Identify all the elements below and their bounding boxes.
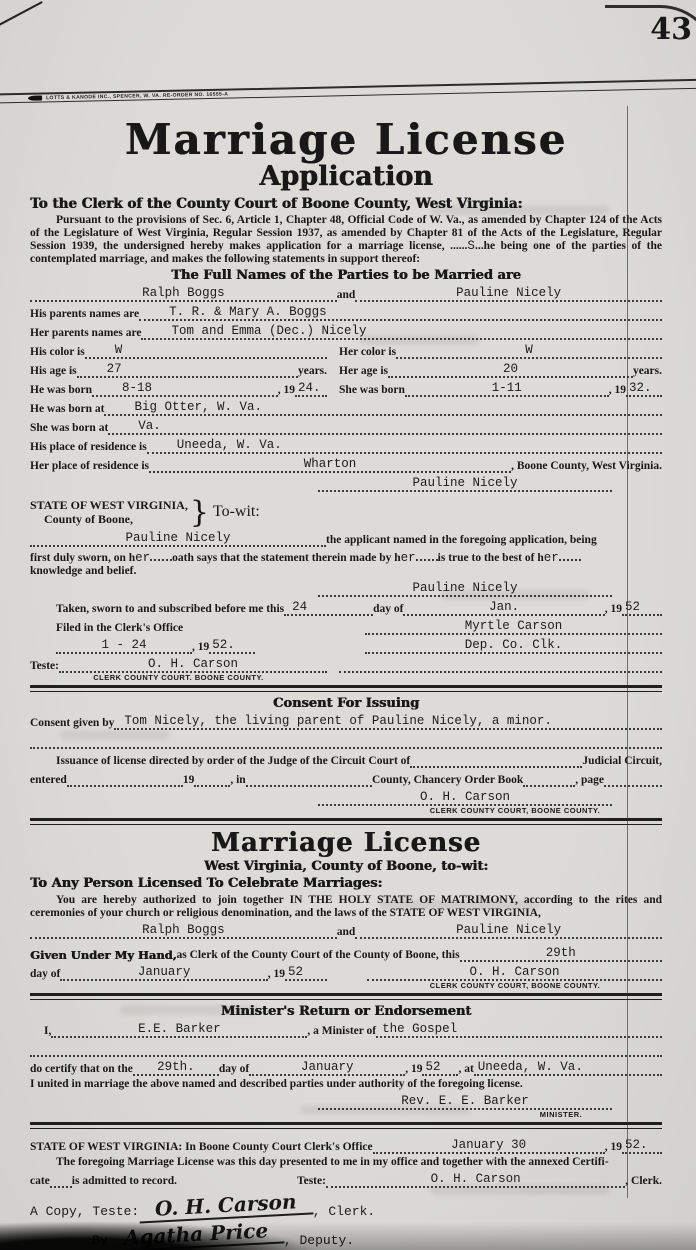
sworn-1: first duly sworn, on h — [30, 552, 135, 564]
blank-field[interactable] — [523, 785, 575, 787]
certify-place-field[interactable]: Uneeda, W. Va. — [474, 1060, 662, 1076]
copy-teste-row: A Copy, Teste: O. H. Carson , Clerk. — [30, 1194, 662, 1219]
certify-month-field[interactable]: January — [249, 1060, 405, 1076]
sworn-2: oath says that the statement therein mad… — [172, 552, 401, 564]
given-hand-row: Given Under My Hand, as Clerk of the Cou… — [30, 943, 662, 962]
minister-row: I, E.E. Barker , a Minister of the Gospe… — [30, 1019, 662, 1038]
names-row: Ralph Boggs and Pauline Nicely — [30, 283, 662, 302]
clerk-name-field[interactable]: Myrtle Carson — [365, 619, 662, 635]
blank-field[interactable] — [339, 671, 662, 673]
page-edge-line — [627, 106, 628, 1198]
day-of-label: day of — [30, 967, 60, 981]
her-parents-row: Her parents names are Tom and Emma (Dec.… — [30, 321, 662, 340]
filed-year-field[interactable]: 52. — [209, 638, 255, 654]
pursuant-fill: S — [467, 239, 475, 253]
leader-dots — [50, 1176, 72, 1188]
record-admit-row: cate is admitted to record. Teste: O. H.… — [30, 1169, 662, 1188]
his-color-field[interactable]: W — [85, 343, 327, 359]
license-subheading: West Virginia, County of Boone, to-wit: — [30, 859, 662, 874]
record-date-field[interactable]: January 30 — [373, 1138, 605, 1154]
license-year-field[interactable]: 52 — [285, 965, 327, 981]
her-color-label: Her color is — [339, 345, 396, 359]
her-residence-label: Her place of residence is — [30, 459, 149, 473]
record-teste-name-field[interactable]: O. H. Carson — [326, 1172, 625, 1188]
brace-glyph: } — [190, 495, 209, 530]
year-19-label: , 19 — [268, 967, 285, 981]
taken-day-field[interactable]: 24 — [284, 600, 373, 616]
addressee-line: To the Clerk of the County Court of Boon… — [30, 196, 662, 212]
minister-of-field[interactable]: the Gospel — [376, 1022, 662, 1038]
section-divider — [30, 685, 662, 692]
issuance-label: Issuance of license directed by order of… — [56, 754, 410, 768]
year-19-label: , 19 — [609, 383, 626, 397]
day-of-label: day of — [373, 602, 403, 616]
his-parents-row: His parents names are T. R. & Mary A. Bo… — [30, 302, 662, 321]
blank-field[interactable] — [246, 785, 372, 787]
entered-19-label: 19 — [183, 773, 195, 787]
record-body1: The foregoing Marriage License was this … — [30, 1156, 662, 1169]
page-number: 43 — [650, 12, 692, 47]
applicant-named-label: the applicant named in the foregoing app… — [326, 533, 597, 547]
his-residence-field[interactable]: Uneeda, W. Va. — [147, 438, 662, 454]
he-born-at-field[interactable]: Big Otter, W. Va. — [104, 400, 662, 416]
issuance-suffix: Judicial Circuit, — [582, 754, 662, 768]
applicant-signature-row: Pauline Nicely — [30, 473, 662, 492]
given-hand-label: Given Under My Hand, — [30, 948, 177, 962]
his-parents-label: His parents names are — [30, 307, 139, 321]
year-19-label: , 19 — [605, 1140, 622, 1154]
teste-row: Teste: O. H. Carson — [30, 654, 662, 673]
clerk-caption: CLERK COUNTY COURT. BOONE COUNTY. — [30, 673, 327, 683]
groom-name-field[interactable]: Ralph Boggs — [30, 286, 337, 302]
blank-field[interactable] — [604, 785, 662, 787]
jurat-applicant-field[interactable]: Pauline Nicely — [30, 531, 326, 547]
top-left-fold-line — [0, 0, 43, 26]
clerk-caption: CLERK COUNTY COURT, BOONE COUNTY. — [368, 806, 662, 816]
she-born-label: She was born — [339, 383, 405, 397]
record-office-row: STATE OF WEST VIRGINIA: In Boone County … — [30, 1135, 662, 1154]
clerk-caption: CLERK COUNTY COURT, BOONE COUNTY. — [368, 981, 662, 991]
dep-clerk-field[interactable]: Dep. Co. Clk. — [365, 638, 662, 654]
blank-field[interactable] — [30, 1055, 662, 1057]
taken-sworn-row: Taken, sworn to and subscribed before me… — [30, 597, 662, 616]
and-label: and — [337, 288, 356, 302]
document-subtitle: Application — [30, 162, 662, 192]
consent-signature-field[interactable]: O. H. Carson — [318, 790, 612, 806]
taken-label: Taken, sworn to and subscribed before me… — [56, 602, 284, 616]
leaf-ornament-icon — [28, 96, 42, 101]
his-age-field[interactable]: 27 — [77, 362, 298, 378]
copy-teste-label: A Copy, Teste: — [30, 1204, 139, 1219]
she-born-at-field[interactable]: Va. — [108, 419, 662, 435]
filed-row: Filed in the Clerk's Office Myrtle Carso… — [30, 616, 662, 635]
leader-dots — [150, 549, 172, 561]
united-line: I united in marriage the above named and… — [30, 1078, 662, 1091]
color-row: His color is W Her color is W — [30, 340, 662, 359]
she-born-at-label: She was born at — [30, 421, 108, 435]
blank-field[interactable] — [194, 785, 230, 787]
printer-strip: LOTTS & KANODE INC., SPENCER, W. VA. RE-… — [0, 78, 696, 103]
pursuant-paragraph: Pursuant to the provisions of Sec. 6, Ar… — [30, 214, 662, 266]
his-residence-label: His place of residence is — [30, 440, 147, 454]
certify-row: do certify that on the 29th. day of Janu… — [30, 1057, 662, 1076]
he-born-year-field[interactable]: 24. — [295, 381, 327, 397]
license-addressee: To Any Person Licensed To Celebrate Marr… — [30, 876, 662, 892]
blank-field[interactable] — [410, 766, 582, 768]
entered-label: entered — [30, 773, 67, 787]
er-fill-3[interactable]: er — [544, 551, 559, 565]
filed-label: Filed in the Clerk's Office — [56, 621, 183, 635]
section-divider — [30, 1122, 662, 1129]
he-born-label: He was born — [30, 383, 92, 397]
and-label: and — [337, 925, 356, 939]
filed-date-row: 1 - 24 , 19 52. Dep. Co. Clk. — [30, 635, 662, 654]
deputy-label: , Deputy. — [284, 1233, 354, 1248]
license-bride-field[interactable]: Pauline Nicely — [355, 923, 662, 939]
by-label: By — [92, 1233, 108, 1248]
age-row: His age is 27 years. Her age is 20 years… — [30, 359, 662, 378]
record-teste-label: Teste: — [297, 1174, 326, 1188]
blank-field[interactable] — [67, 785, 183, 787]
license-names-row: Ralph Boggs and Pauline Nicely — [30, 920, 662, 939]
section-divider — [30, 818, 662, 825]
consent-given-by-label: Consent given by — [30, 716, 114, 730]
her-color-field[interactable]: W — [396, 343, 662, 359]
page-label: , page — [575, 773, 604, 787]
her-residence-field[interactable]: Wharton — [149, 457, 511, 473]
er-fill-1[interactable]: er — [135, 551, 150, 565]
years-label: years. — [633, 364, 662, 378]
in-label: , in — [230, 773, 245, 787]
bride-name-field[interactable]: Pauline Nicely — [355, 286, 662, 302]
his-residence-row: His place of residence is Uneeda, W. Va. — [30, 435, 662, 454]
towit-label: To-wit: — [213, 505, 260, 519]
consent-row: Consent given by Tom Nicely, the living … — [30, 711, 662, 730]
minister-signature-row: Rev. E. E. Barker — [30, 1091, 662, 1110]
consent-blank-row — [30, 730, 662, 749]
leader-dots — [559, 549, 581, 561]
consent-signature-row: O. H. Carson — [30, 787, 662, 806]
leader-dots — [416, 549, 438, 561]
venue-block: STATE OF WEST VIRGINIA, County of Boone,… — [30, 496, 662, 528]
entered-row: entered 19 , in County, Chancery Order B… — [30, 768, 662, 787]
at-label: , at — [458, 1062, 473, 1076]
her-parents-field[interactable]: Tom and Emma (Dec.) Nicely — [141, 324, 662, 340]
record-clerk-label: , Clerk. — [625, 1174, 662, 1188]
minister-heading: Minister's Return or Endorsement — [30, 1004, 662, 1019]
deputy-row: By Agatha Price , Deputy. — [92, 1223, 662, 1248]
he-born-at-row: He was born at Big Otter, W. Va. — [30, 397, 662, 416]
taken-month-field[interactable]: Jan. — [403, 600, 604, 616]
admitted-label: is admitted to record. — [72, 1174, 177, 1188]
applicant-named-row: Pauline Nicely the applicant named in th… — [30, 528, 662, 547]
year-19-label: , 19 — [605, 602, 622, 616]
year-19-label: , 19 — [405, 1062, 422, 1076]
document-title: Marriage License — [30, 118, 662, 162]
sworn-3: is true to the best of h — [438, 552, 544, 564]
issuance-row: Issuance of license directed by order of… — [30, 749, 662, 768]
certify-year-field[interactable]: 52 — [422, 1060, 458, 1076]
he-born-at-label: He was born at — [30, 402, 104, 416]
day-of-label: day of — [219, 1062, 249, 1076]
i-label: I, — [44, 1024, 51, 1038]
years-label: years. — [298, 364, 327, 378]
her-residence-row: Her place of residence is Wharton , Boon… — [30, 454, 662, 473]
minister-signature-field[interactable]: Rev. E. E. Barker — [318, 1094, 612, 1110]
she-born-field[interactable]: 1-11 — [405, 381, 609, 397]
year-19-label: , 19 — [192, 640, 209, 654]
given-rest-label: as Clerk of the County Court of the Coun… — [177, 948, 460, 962]
names-heading: The Full Names of the Parties to be Marr… — [30, 268, 662, 283]
venue-county: County of Boone, — [30, 512, 188, 526]
his-parents-field[interactable]: T. R. & Mary A. Boggs — [139, 305, 662, 321]
blank-field[interactable] — [30, 747, 662, 749]
sworn-4: knowledge and belief. — [30, 565, 136, 577]
she-born-at-row: She was born at Va. — [30, 416, 662, 435]
clerk-signature-script[interactable]: O. H. Carson — [139, 1189, 314, 1223]
consent-given-by-field[interactable]: Tom Nicely, the living parent of Pauline… — [114, 714, 662, 730]
her-parents-label: Her parents names are — [30, 326, 141, 340]
minister-caption: MINISTER. — [460, 1110, 662, 1120]
teste-name-field[interactable]: O. H. Carson — [59, 657, 327, 673]
she-born-year-field[interactable]: 32. — [626, 381, 662, 397]
deputy-signature-script[interactable]: Agatha Price — [107, 1218, 284, 1250]
sworn-paragraph: first duly sworn, on heroath says that t… — [30, 549, 662, 578]
er-fill-2[interactable]: er — [401, 551, 416, 565]
copy-clerk-label: , Clerk. — [313, 1204, 375, 1219]
year-19-label: , 19 — [278, 383, 295, 397]
license-day-field[interactable]: 29th — [460, 946, 662, 962]
he-born-field[interactable]: 8-18 — [92, 381, 278, 397]
section-divider — [30, 993, 662, 1000]
minister-of-label: , a Minister of — [307, 1024, 376, 1038]
teste-label: Teste: — [30, 659, 59, 673]
record-office-label: STATE OF WEST VIRGINIA: In Boone County … — [30, 1140, 373, 1154]
certify-label: do certify that on the — [30, 1062, 133, 1076]
her-residence-suffix: , Boone County, West Virginia. — [511, 459, 662, 473]
his-color-label: His color is — [30, 345, 85, 359]
applicant-signature-field[interactable]: Pauline Nicely — [318, 476, 612, 492]
consent-heading: Consent For Issuing — [30, 696, 662, 711]
license-heading: Marriage License — [30, 829, 662, 857]
license-groom-field[interactable]: Ralph Boggs — [30, 923, 337, 939]
jurat-signature-field[interactable]: Pauline Nicely — [318, 581, 612, 597]
license-date-sig-row: day of January , 19 52 O. H. Carson — [30, 962, 662, 981]
minister-name-field[interactable]: E.E. Barker — [51, 1022, 307, 1038]
venue-state: STATE OF WEST VIRGINIA, — [30, 498, 188, 512]
filed-date-field[interactable]: 1 - 24 — [56, 638, 192, 654]
born-row: He was born 8-18 , 19 24. She was born 1… — [30, 378, 662, 397]
cate-label: cate — [30, 1174, 50, 1188]
certify-day-field[interactable]: 29th. — [133, 1060, 219, 1076]
her-age-label: Her age is — [339, 364, 388, 378]
jurat-signature-row: Pauline Nicely — [30, 578, 662, 597]
document-page: 43 LOTTS & KANODE INC., SPENCER, W. VA. … — [0, 0, 696, 1250]
his-age-label: His age is — [30, 364, 77, 378]
minister-blank-row — [30, 1038, 662, 1057]
county-book-label: County, Chancery Order Book — [372, 773, 523, 787]
license-signature-field[interactable]: O. H. Carson — [367, 965, 662, 981]
license-body: You are hereby authorized to join togeth… — [30, 894, 662, 920]
license-month-field[interactable]: January — [60, 965, 267, 981]
her-age-field[interactable]: 20 — [388, 362, 633, 378]
